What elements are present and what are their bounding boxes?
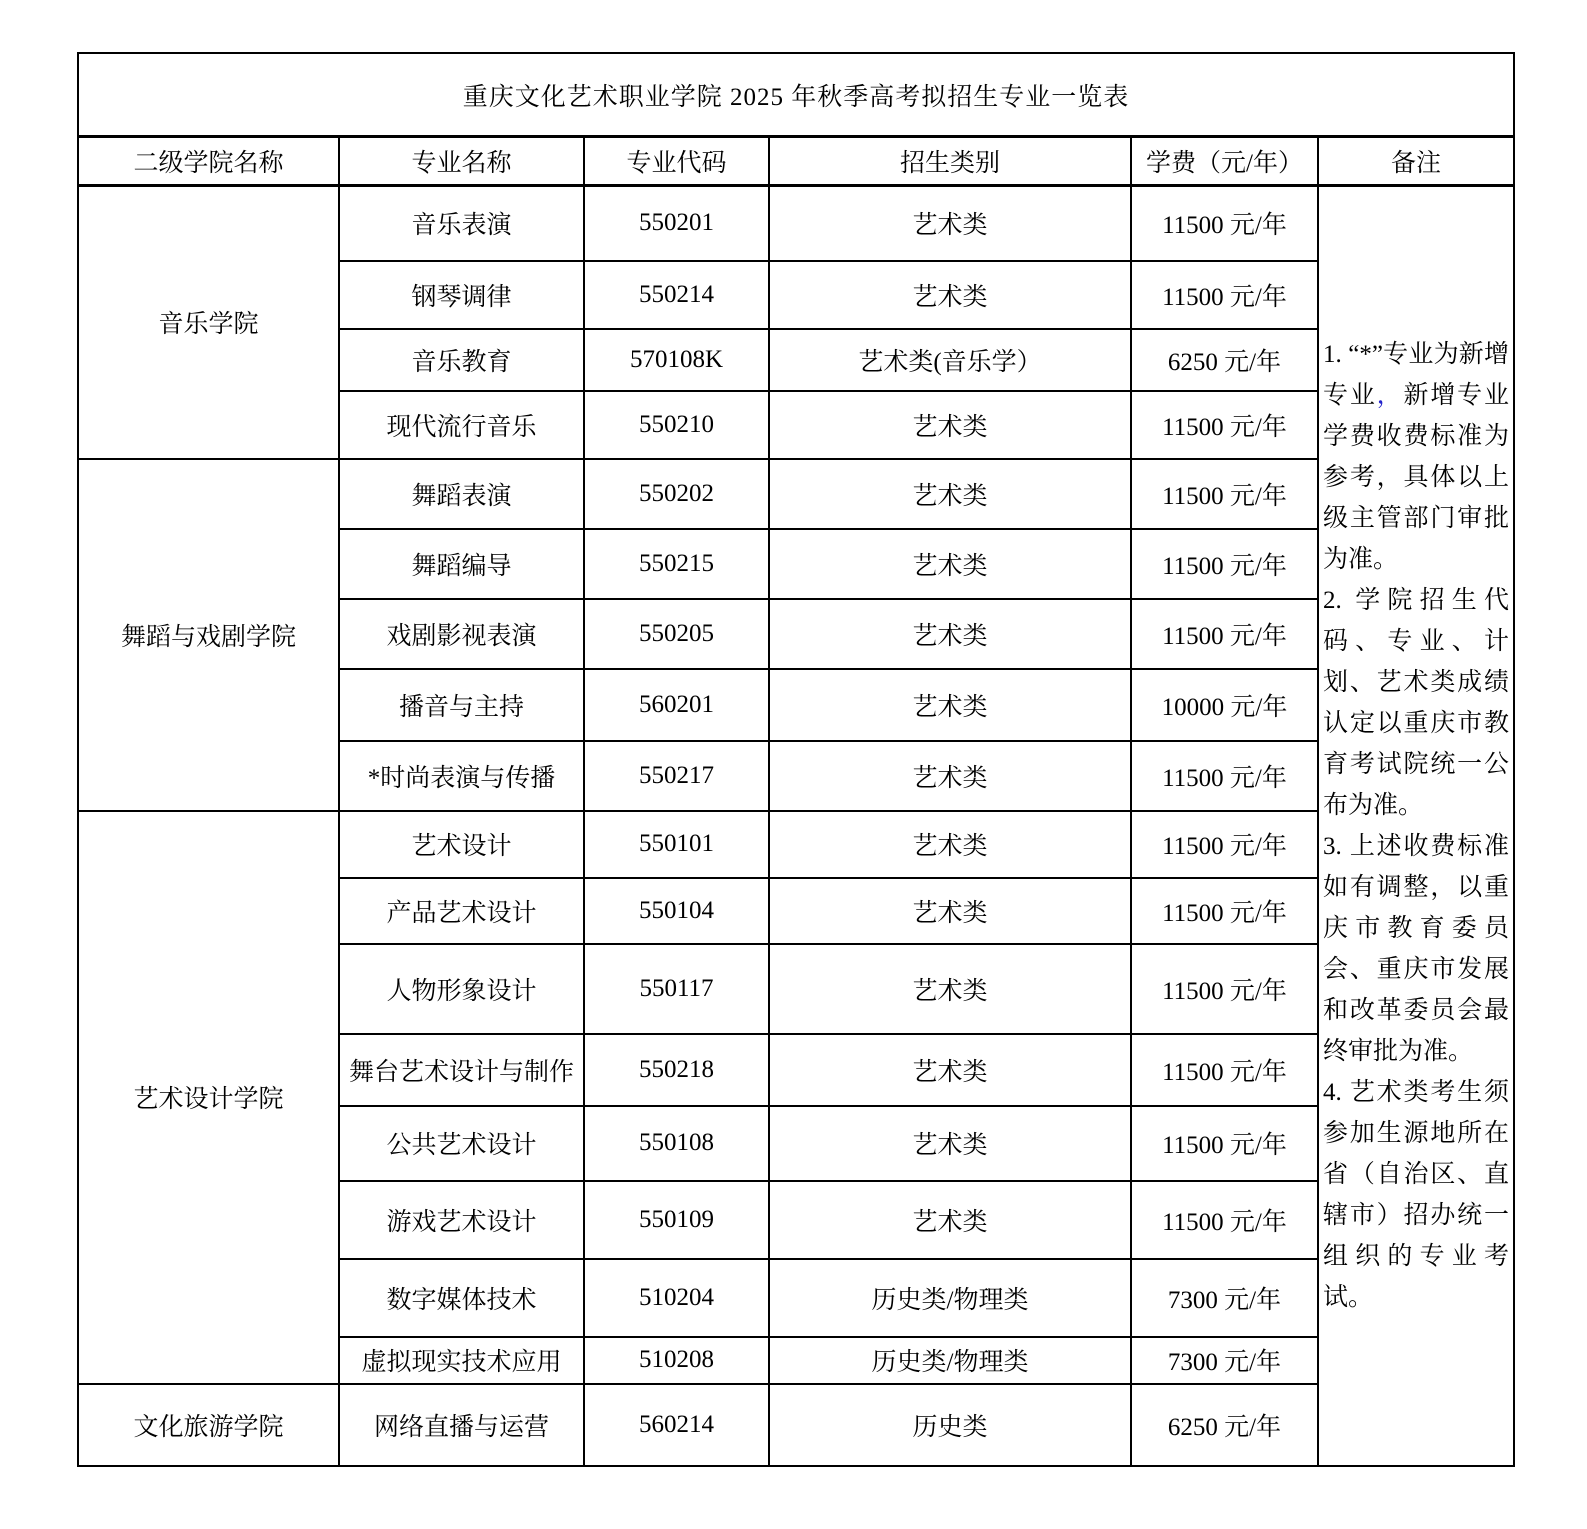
category-cell: 艺术类 xyxy=(769,459,1131,529)
fee-cell: 11500 元/年 xyxy=(1131,1106,1318,1181)
fee-cell: 11500 元/年 xyxy=(1131,944,1318,1034)
college-name-cell: 音乐学院 xyxy=(78,186,339,459)
fee-cell: 11500 元/年 xyxy=(1131,811,1318,878)
code-cell: 550210 xyxy=(584,391,769,459)
college-name-cell: 文化旅游学院 xyxy=(78,1384,339,1466)
code-cell: 550214 xyxy=(584,261,769,329)
category-cell: 艺术类 xyxy=(769,1181,1131,1259)
major-cell: 网络直播与运营 xyxy=(339,1384,584,1466)
fee-cell: 11500 元/年 xyxy=(1131,391,1318,459)
code-cell: 550218 xyxy=(584,1034,769,1106)
major-cell: 虚拟现实技术应用 xyxy=(339,1337,584,1384)
major-cell: 公共艺术设计 xyxy=(339,1106,584,1181)
college-name-cell: 艺术设计学院 xyxy=(78,811,339,1384)
column-header-5: 学费（元/年） xyxy=(1131,137,1318,186)
major-cell: 音乐表演 xyxy=(339,186,584,261)
major-cell: 人物形象设计 xyxy=(339,944,584,1034)
column-header-3: 专业代码 xyxy=(584,137,769,186)
code-cell: 550201 xyxy=(584,186,769,261)
code-cell: 550202 xyxy=(584,459,769,529)
major-cell: 戏剧影视表演 xyxy=(339,599,584,669)
major-cell: 舞蹈编导 xyxy=(339,529,584,599)
major-cell: 游戏艺术设计 xyxy=(339,1181,584,1259)
remarks-cell: 1. “*”专业为新增专业，新增专业学费收费标准为参考，具体以上级主管部门审批为… xyxy=(1318,186,1514,1466)
code-cell: 550109 xyxy=(584,1181,769,1259)
code-cell: 510208 xyxy=(584,1337,769,1384)
code-cell: 510204 xyxy=(584,1259,769,1337)
code-cell: 570108K xyxy=(584,329,769,391)
major-cell: 播音与主持 xyxy=(339,669,584,741)
category-cell: 艺术类 xyxy=(769,391,1131,459)
fee-cell: 6250 元/年 xyxy=(1131,329,1318,391)
table-row: 艺术设计学院艺术设计550101艺术类11500 元/年 xyxy=(78,811,1514,878)
fee-cell: 11500 元/年 xyxy=(1131,459,1318,529)
major-cell: *时尚表演与传播 xyxy=(339,741,584,811)
major-cell: 现代流行音乐 xyxy=(339,391,584,459)
fee-cell: 11500 元/年 xyxy=(1131,599,1318,669)
code-cell: 550217 xyxy=(584,741,769,811)
college-name-cell: 舞蹈与戏剧学院 xyxy=(78,459,339,811)
code-cell: 560201 xyxy=(584,669,769,741)
major-cell: 音乐教育 xyxy=(339,329,584,391)
page-title: 重庆文化艺术职业学院 2025 年秋季高考拟招生专业一览表 xyxy=(78,53,1514,137)
code-cell: 550108 xyxy=(584,1106,769,1181)
column-header-4: 招生类别 xyxy=(769,137,1131,186)
major-cell: 产品艺术设计 xyxy=(339,878,584,944)
fee-cell: 11500 元/年 xyxy=(1131,529,1318,599)
code-cell: 550117 xyxy=(584,944,769,1034)
title-row: 重庆文化艺术职业学院 2025 年秋季高考拟招生专业一览表 xyxy=(78,53,1514,137)
category-cell: 艺术类 xyxy=(769,741,1131,811)
column-header-6: 备注 xyxy=(1318,137,1514,186)
fee-cell: 11500 元/年 xyxy=(1131,1181,1318,1259)
category-cell: 艺术类 xyxy=(769,186,1131,261)
fee-cell: 11500 元/年 xyxy=(1131,741,1318,811)
remark-1-text-cont: 新增专业学费收费标准为参考，具体以上级主管部门审批为准。 xyxy=(1323,382,1509,573)
fee-cell: 7300 元/年 xyxy=(1131,1337,1318,1384)
category-cell: 历史类/物理类 xyxy=(769,1259,1131,1337)
code-cell: 550205 xyxy=(584,599,769,669)
code-cell: 550104 xyxy=(584,878,769,944)
category-cell: 历史类 xyxy=(769,1384,1131,1466)
remark-3: 3. 上述收费标准如有调整，以重庆市教育委员会、重庆市发展和改革委员会最终审批为… xyxy=(1323,826,1509,1072)
header-row: 二级学院名称专业名称专业代码招生类别学费（元/年）备注 xyxy=(78,137,1514,186)
code-cell: 550101 xyxy=(584,811,769,878)
major-cell: 艺术设计 xyxy=(339,811,584,878)
category-cell: 艺术类(音乐学） xyxy=(769,329,1131,391)
fee-cell: 11500 元/年 xyxy=(1131,878,1318,944)
category-cell: 艺术类 xyxy=(769,1106,1131,1181)
code-cell: 550215 xyxy=(584,529,769,599)
category-cell: 艺术类 xyxy=(769,669,1131,741)
document-page: 重庆文化艺术职业学院 2025 年秋季高考拟招生专业一览表 二级学院名称专业名称… xyxy=(0,0,1587,1529)
column-header-2: 专业名称 xyxy=(339,137,584,186)
remark-4: 4. 艺术类考生须参加生源地所在省（自治区、直辖市）招办统一组织的专业考试。 xyxy=(1323,1072,1509,1318)
category-cell: 艺术类 xyxy=(769,599,1131,669)
major-cell: 舞蹈表演 xyxy=(339,459,584,529)
category-cell: 艺术类 xyxy=(769,811,1131,878)
remark-1: 1. “*”专业为新增专业，新增专业学费收费标准为参考，具体以上级主管部门审批为… xyxy=(1323,334,1509,580)
fee-cell: 11500 元/年 xyxy=(1131,261,1318,329)
remark-2: 2. 学院招生代码、专业、计划、艺术类成绩认定以重庆市教育考试院统一公布为准。 xyxy=(1323,580,1509,826)
category-cell: 艺术类 xyxy=(769,878,1131,944)
enrollment-table: 重庆文化艺术职业学院 2025 年秋季高考拟招生专业一览表 二级学院名称专业名称… xyxy=(77,52,1515,1467)
category-cell: 历史类/物理类 xyxy=(769,1337,1131,1384)
category-cell: 艺术类 xyxy=(769,1034,1131,1106)
code-cell: 560214 xyxy=(584,1384,769,1466)
fee-cell: 11500 元/年 xyxy=(1131,186,1318,261)
major-cell: 舞台艺术设计与制作 xyxy=(339,1034,584,1106)
fee-cell: 10000 元/年 xyxy=(1131,669,1318,741)
table-row: 舞蹈与戏剧学院舞蹈表演550202艺术类11500 元/年 xyxy=(78,459,1514,529)
remark-1-blue-comma: ， xyxy=(1377,382,1404,409)
major-cell: 钢琴调律 xyxy=(339,261,584,329)
column-header-1: 二级学院名称 xyxy=(78,137,339,186)
category-cell: 艺术类 xyxy=(769,261,1131,329)
major-cell: 数字媒体技术 xyxy=(339,1259,584,1337)
fee-cell: 11500 元/年 xyxy=(1131,1034,1318,1106)
fee-cell: 7300 元/年 xyxy=(1131,1259,1318,1337)
category-cell: 艺术类 xyxy=(769,529,1131,599)
table-row: 音乐学院音乐表演550201艺术类11500 元/年1. “*”专业为新增专业，… xyxy=(78,186,1514,261)
category-cell: 艺术类 xyxy=(769,944,1131,1034)
fee-cell: 6250 元/年 xyxy=(1131,1384,1318,1466)
table-row: 文化旅游学院网络直播与运营560214历史类6250 元/年 xyxy=(78,1384,1514,1466)
